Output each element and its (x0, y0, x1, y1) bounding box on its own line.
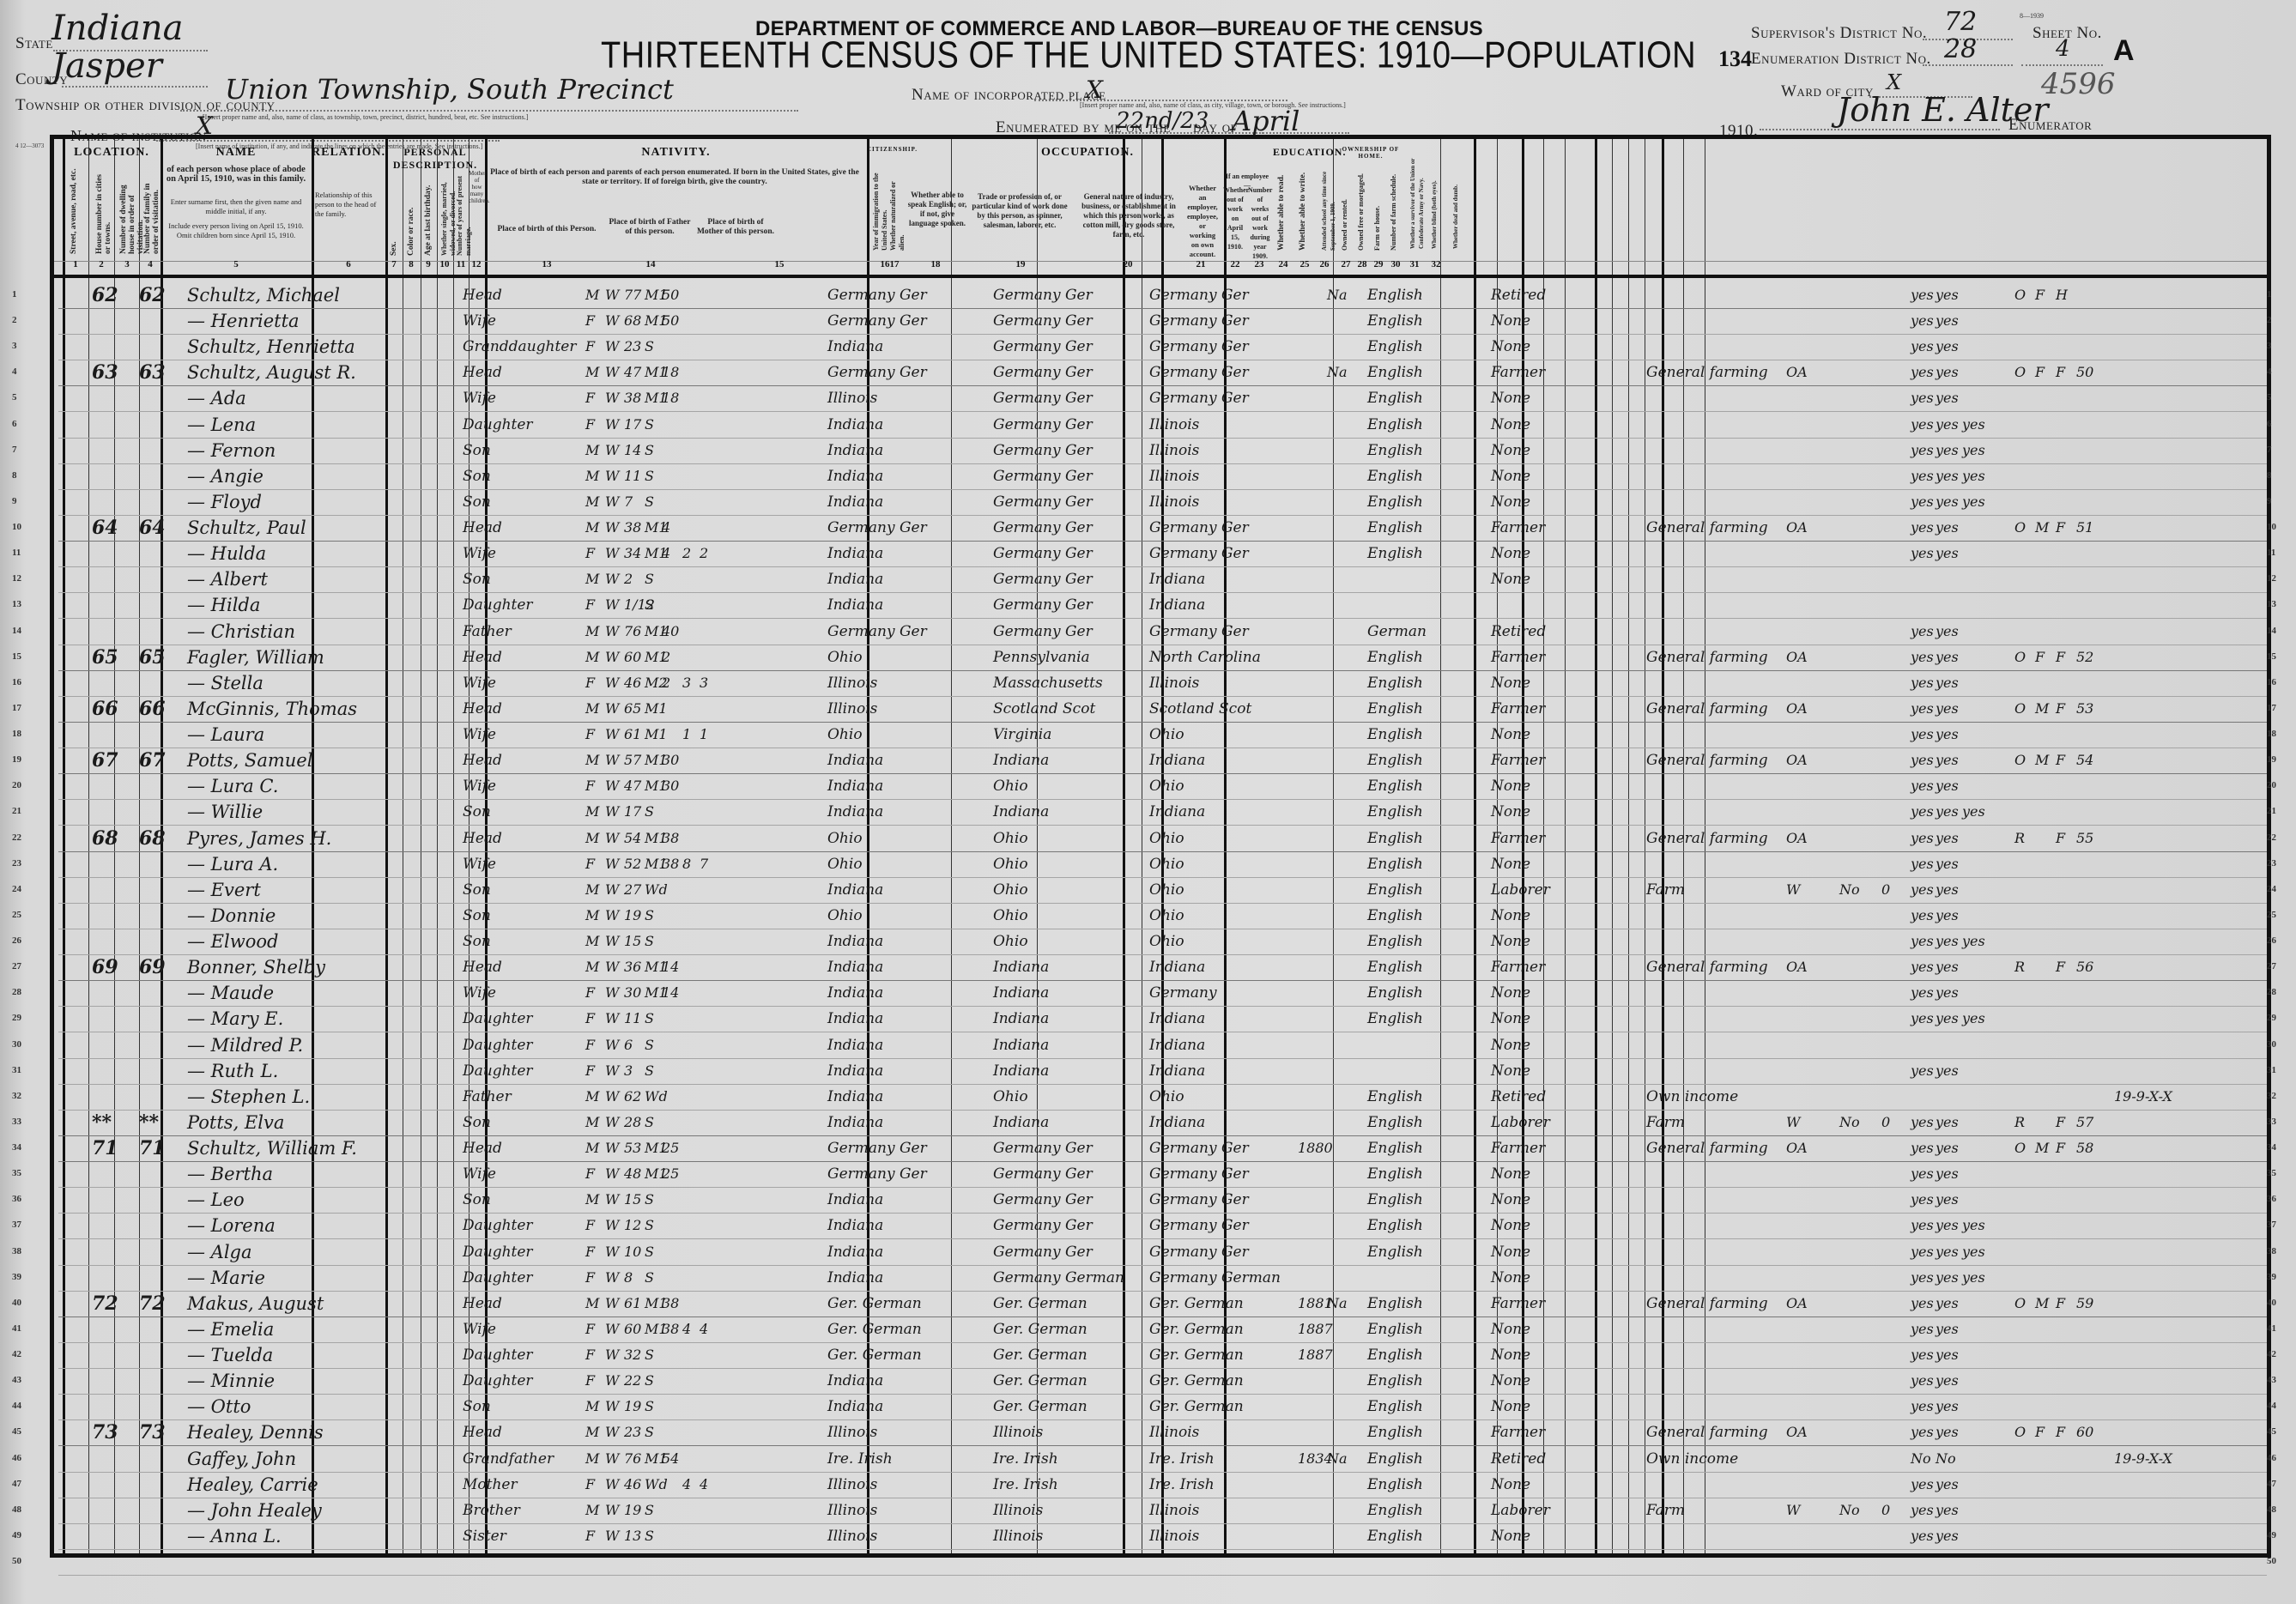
column-number: 4 (142, 259, 159, 269)
column-number: 28 (1354, 259, 1371, 269)
personal-description-group: PERSONAL DESCRIPTION. (385, 146, 485, 172)
column-number: 5 (227, 259, 245, 269)
column-number: 2 (93, 259, 110, 269)
column-number: 7 (385, 259, 403, 269)
column-number: 30 (1387, 259, 1404, 269)
township-instructions: [Insert proper name and, also, name of c… (203, 113, 528, 121)
column-number: 25 (1296, 259, 1313, 269)
supervisor-district-value: 72 (1944, 7, 1977, 37)
form-code: 4 12—3073 (15, 142, 44, 149)
incorporated-place-value: X (1086, 76, 1103, 104)
column-number: 21 (1192, 259, 1209, 269)
column-number: 24 (1275, 259, 1292, 269)
census-sheet: State Indiana County Jasper Township or … (0, 0, 2296, 1604)
incorporated-place-label: Name of incorporated place (912, 86, 1106, 105)
column-number: 26 (1316, 259, 1333, 269)
column-number: 6 (340, 259, 357, 269)
column-number: 20 (1119, 259, 1136, 269)
column-header: LOCATION. Street, avenue, road, etc. Hou… (54, 139, 2267, 278)
column-number: 9 (420, 259, 437, 269)
column-number: 22 (1227, 259, 1244, 269)
column-number: 11 (452, 259, 469, 269)
location-group: LOCATION. (63, 146, 161, 160)
column-number: 10 (436, 259, 453, 269)
sheet-number-value: 4 (2056, 36, 2070, 62)
name-group: NAME (161, 146, 312, 160)
column-number: 8 (403, 259, 420, 269)
enumerator-label: Enumerator (2008, 116, 2092, 135)
column-number: 1 (67, 259, 84, 269)
supervisor-district-label: Supervisor's District No. (1751, 24, 1927, 43)
state-value: Indiana (51, 9, 183, 48)
sheet-code: 8—1939 (2020, 12, 2044, 20)
state-label: State (15, 34, 53, 53)
citizenship-group: CITIZENSHIP. (867, 146, 904, 153)
column-number: 29 (1370, 259, 1387, 269)
census-table: LOCATION. Street, avenue, road, etc. Hou… (50, 135, 2271, 1558)
relation-group: RELATION. (312, 146, 385, 160)
ownership-group: OWNERSHIP OF HOME. (1337, 146, 1404, 160)
page-number: 134 (1718, 46, 1752, 72)
occupation-group: OCCUPATION. (971, 146, 1204, 160)
column-number: 18 (927, 259, 944, 269)
column-number: 17 (886, 259, 903, 269)
nativity-group: NATIVITY. (485, 146, 867, 160)
column-number: 13 (538, 259, 555, 269)
column-number: 19 (1012, 259, 1029, 269)
column-number: 12 (468, 259, 485, 269)
sheet-side: A (2113, 34, 2135, 68)
column-number: 31 (1406, 259, 1423, 269)
column-number: 3 (118, 259, 136, 269)
education-group: EDUCATION. (1273, 146, 1337, 159)
census-title: THIRTEENTH CENSUS OF THE UNITED STATES: … (601, 35, 1696, 77)
township-value: Union Township, South Precinct (225, 73, 674, 106)
month-value: April (1232, 105, 1299, 137)
column-number: 32 (1427, 259, 1445, 269)
column-number: 27 (1337, 259, 1354, 269)
column-number: 23 (1251, 259, 1268, 269)
county-value: Jasper (51, 46, 162, 86)
enumeration-district-value: 28 (1944, 34, 1977, 64)
column-number: 15 (771, 259, 788, 269)
column-number: 14 (642, 259, 659, 269)
enumeration-district-label: Enumeration District No. (1751, 50, 1931, 69)
stamp-number: 4596 (2041, 67, 2116, 101)
